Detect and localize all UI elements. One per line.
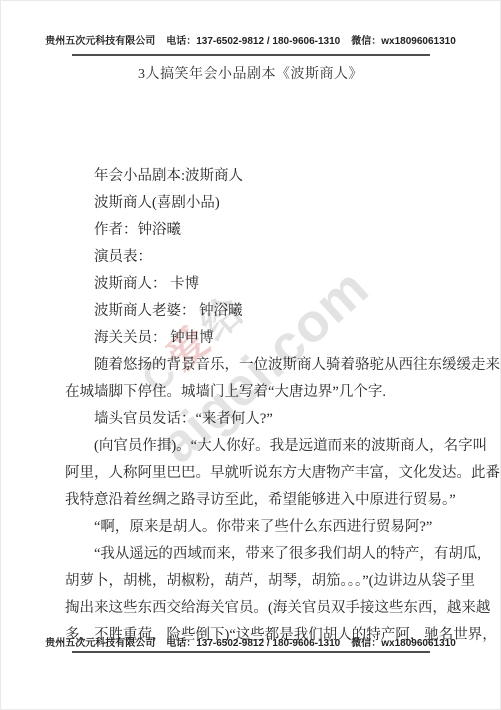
script-line: 掏出来这些东西交给海关官员。(海关官员双手接这些东西，越来越 — [65, 595, 456, 622]
script-line: (向官员作揖)。“大人你好。我是远道而来的波斯商人，名字叫 — [65, 433, 456, 460]
script-line: 多，不胜重荷，险些倒下)“这些都是我们胡人的特产阿，驰名世界， — [65, 622, 456, 649]
header-wechat-id: wx18096061310 — [381, 36, 456, 47]
document-page: C爱给 aigei.com 贵州五次元科技有限公司电话：137-6502-981… — [0, 0, 501, 710]
script-line: 阿里，人称阿里巴巴。早就听说东方大唐物产丰富，文化发达。此番 — [65, 460, 456, 487]
header-divider — [72, 54, 430, 56]
script-line: 波斯商人(喜剧小品) — [65, 190, 456, 217]
page-header: 贵州五次元科技有限公司电话：137-6502-9812 / 180-9606-1… — [1, 32, 500, 47]
script-line: 胡萝卜，胡桃，胡椒粉，葫芦，胡琴，胡笳。。。”(边讲边从袋子里 — [65, 568, 456, 595]
script-line: 年会小品剧本:波斯商人 — [65, 163, 456, 190]
script-line: 在城墙脚下停住。城墙门上写着“大唐边界”几个字. — [65, 379, 456, 406]
script-line: 波斯商人： 卡博 — [65, 271, 456, 298]
header-company-name: 贵州五次元科技有限公司 — [45, 36, 155, 47]
script-line: 我特意沿着丝绸之路寻访至此，希望能够进入中原进行贸易。” — [65, 487, 456, 514]
script-line: 随着悠扬的背景音乐，一位波斯商人骑着骆驼从西往东缓缓走来， — [65, 352, 456, 379]
script-line: “我从遥远的西域而来，带来了很多我们胡人的特产，有胡瓜, — [65, 541, 456, 568]
page-title: 3人搞笑年会小品剧本《波斯商人》 — [1, 63, 500, 83]
footer-divider — [72, 651, 430, 653]
script-line: 海关关员： 钟申博 — [65, 325, 456, 352]
header-wechat-label: 微信： — [351, 36, 381, 47]
header-phone-label: 电话： — [166, 36, 196, 47]
script-line: 演员表： — [65, 244, 456, 271]
header-phone-numbers: 137-6502-9812 / 180-9606-1310 — [196, 36, 340, 47]
script-line: 波斯商人老婆： 钟浴曦 — [65, 298, 456, 325]
script-line: 墙头官员发话：“来者何人?” — [65, 406, 456, 433]
script-line: 作者：钟浴曦 — [65, 217, 456, 244]
script-line: “啊，原来是胡人。你带来了些什么东西进行贸易阿?” — [65, 514, 456, 541]
script-body: 年会小品剧本:波斯商人 波斯商人(喜剧小品) 作者：钟浴曦 演员表： 波斯商人：… — [65, 163, 456, 649]
